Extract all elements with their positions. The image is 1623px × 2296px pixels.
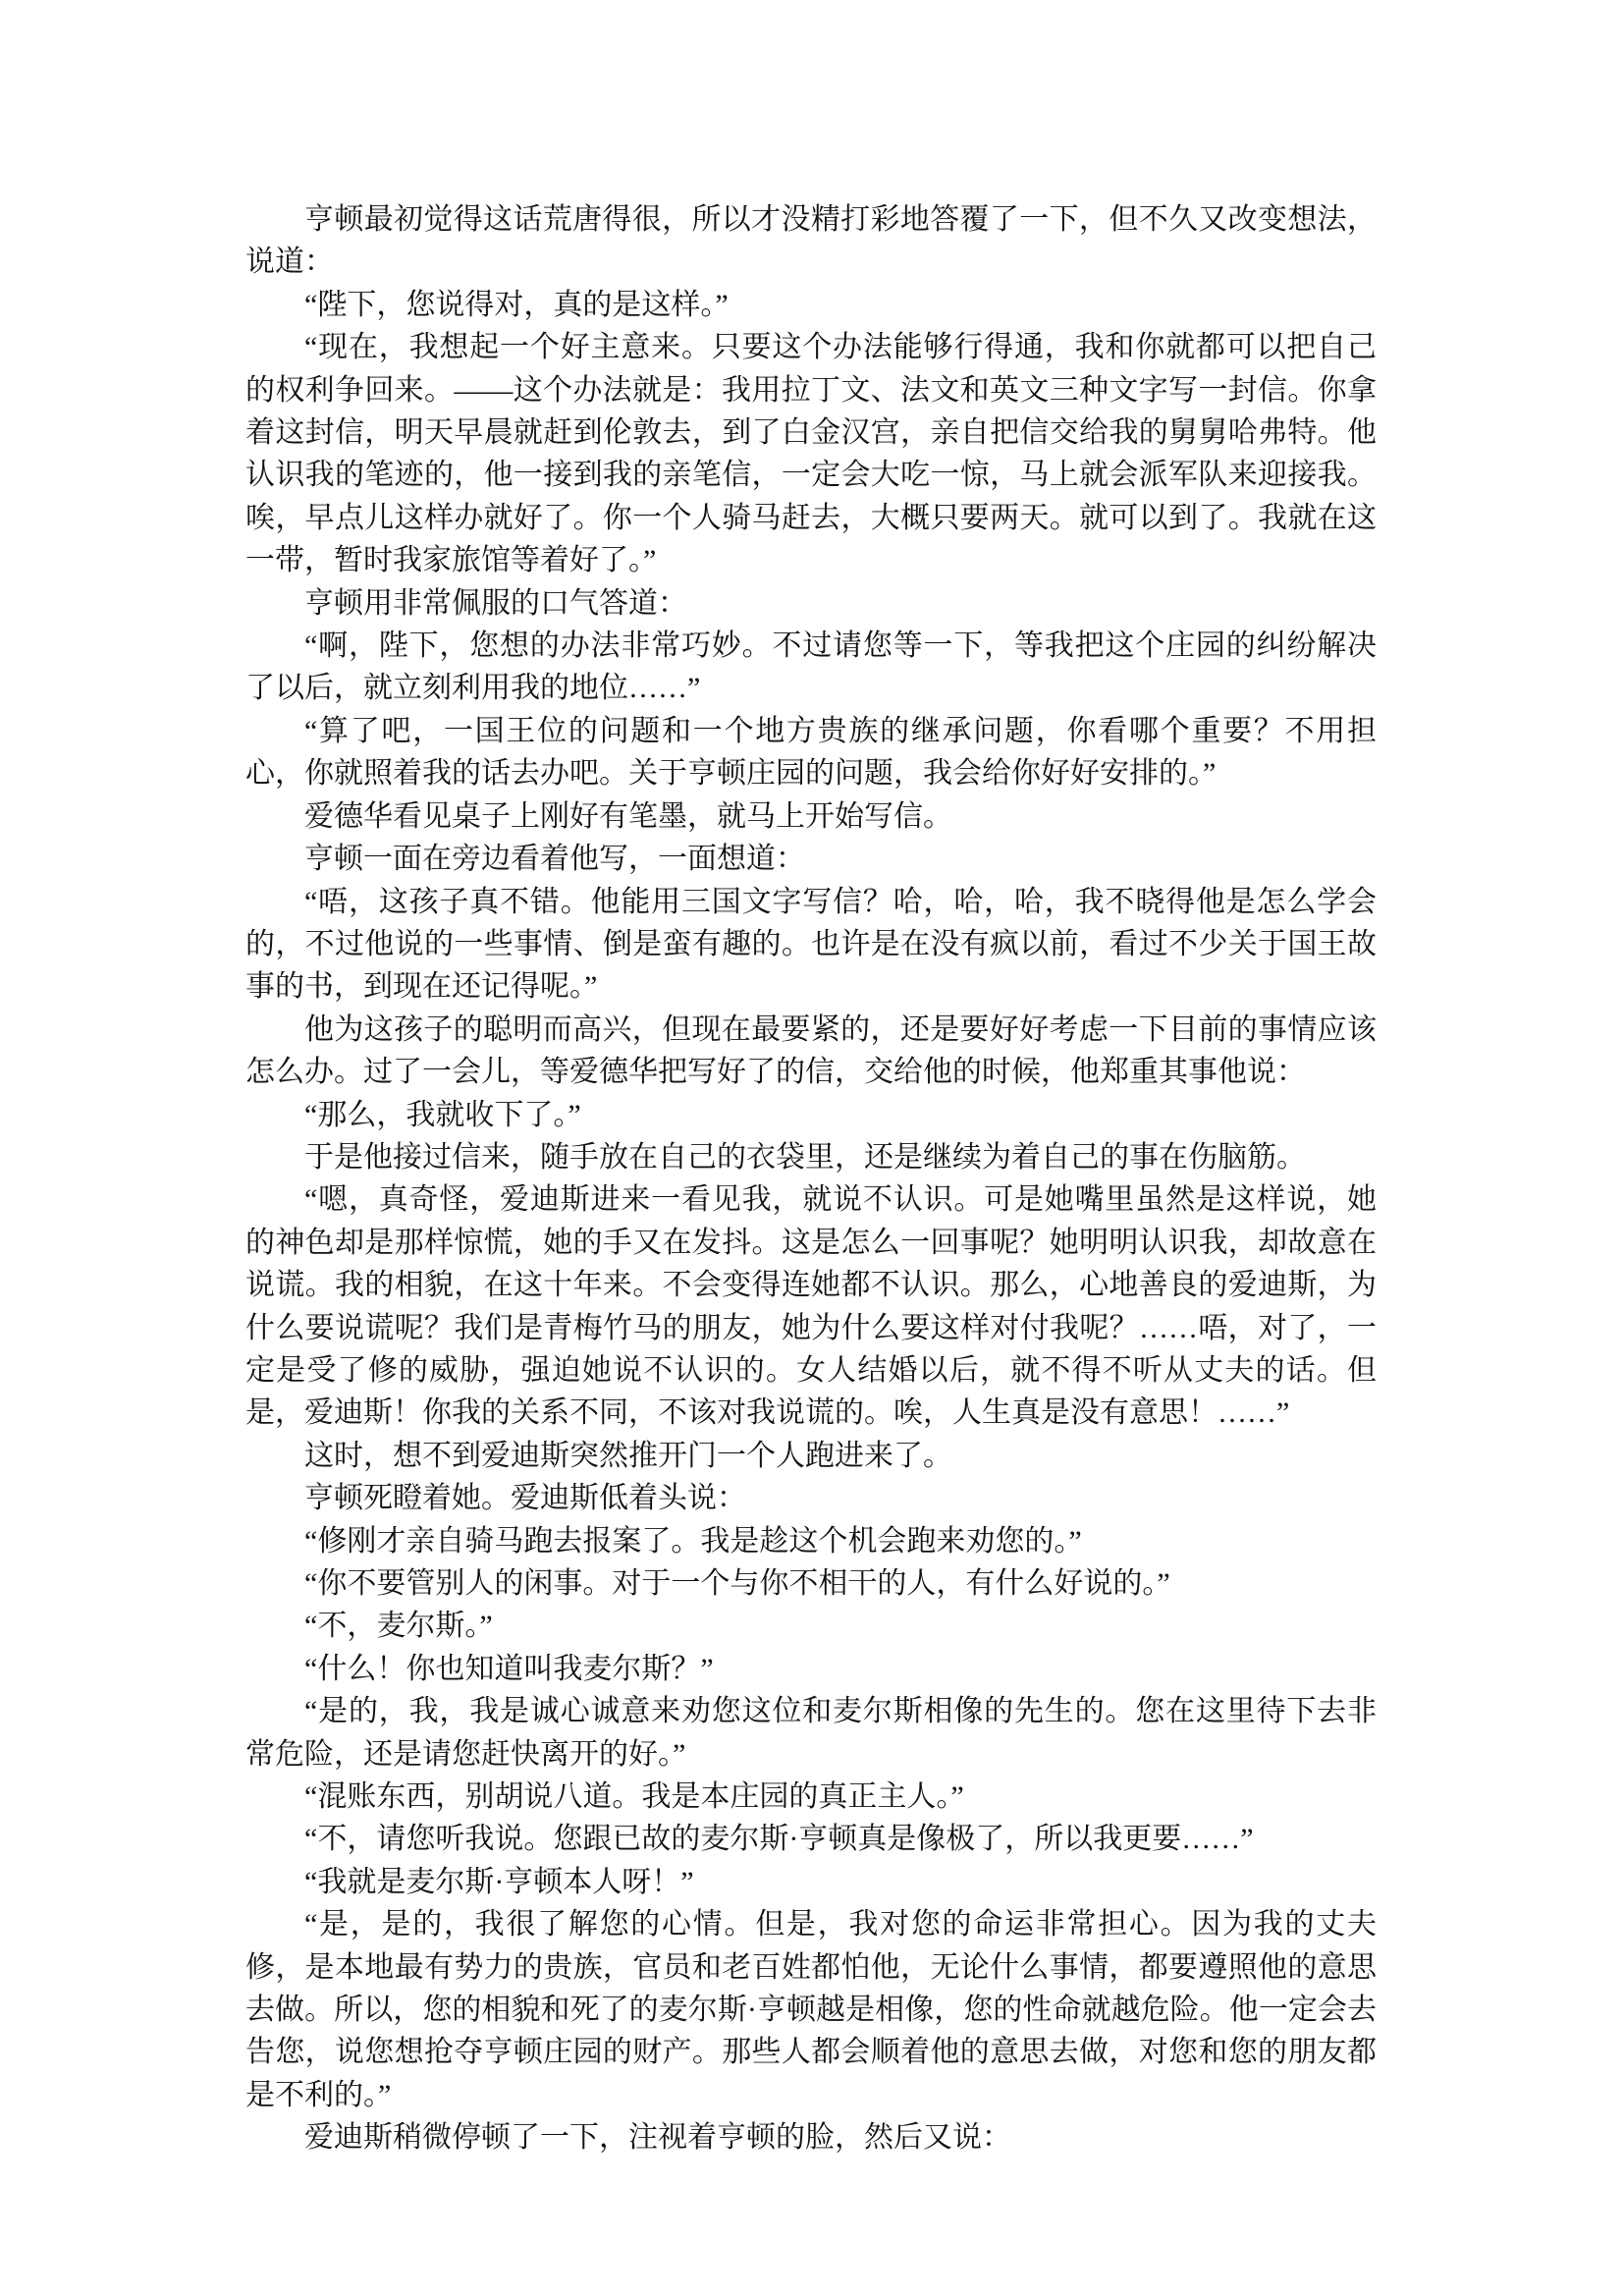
paragraph: “混账东西，别胡说八道。我是本庄园的真正主人。” — [245, 1776, 1377, 1818]
body-text: 亨顿最初觉得这话荒唐得很，所以才没精打彩地答覆了一下，但不久又改变想法，说道：“… — [245, 198, 1377, 2159]
paragraph: “不，麦尔斯。” — [245, 1605, 1377, 1647]
document-page: 亨顿最初觉得这话荒唐得很，所以才没精打彩地答覆了一下，但不久又改变想法，说道：“… — [0, 0, 1623, 2296]
paragraph: “那么，我就收下了。” — [245, 1094, 1377, 1136]
paragraph: “是的，我，我是诚心诚意来劝您这位和麦尔斯相像的先生的。您在这里待下去非常危险，… — [245, 1690, 1377, 1776]
paragraph: 亨顿最初觉得这话荒唐得很，所以才没精打彩地答覆了一下，但不久又改变想法，说道： — [245, 198, 1377, 284]
paragraph: 这时，想不到爱迪斯突然推开门一个人跑进来了。 — [245, 1435, 1377, 1477]
paragraph: “修刚才亲自骑马跑去报案了。我是趁这个机会跑来劝您的。” — [245, 1520, 1377, 1562]
paragraph: “是，是的，我很了解您的心情。但是，我对您的命运非常担心。因为我的丈夫修，是本地… — [245, 1903, 1377, 2116]
paragraph: 亨顿一面在旁边看着他写，一面想道： — [245, 838, 1377, 880]
paragraph: “陛下，您说得对，真的是这样。” — [245, 284, 1377, 326]
paragraph: 他为这孩子的聪明而高兴，但现在最要紧的，还是要好好考虑一下目前的事情应该怎么办。… — [245, 1009, 1377, 1094]
paragraph: “你不要管别人的闲事。对于一个与你不相干的人，有什么好说的。” — [245, 1562, 1377, 1605]
paragraph: “啊，陛下，您想的办法非常巧妙。不过请您等一下，等我把这个庄园的纠纷解决了以后，… — [245, 625, 1377, 710]
paragraph: “嗯，真奇怪，爱迪斯进来一看见我，就说不认识。可是她嘴里虽然是这样说，她的神色却… — [245, 1178, 1377, 1434]
paragraph: “什么！你也知道叫我麦尔斯？” — [245, 1648, 1377, 1690]
paragraph: “我就是麦尔斯·亨顿本人呀！” — [245, 1861, 1377, 1903]
paragraph: 爱德华看见桌子上刚好有笔墨，就马上开始写信。 — [245, 795, 1377, 838]
paragraph: 爱迪斯稍微停顿了一下，注视着亨顿的脸，然后又说： — [245, 2116, 1377, 2159]
paragraph: “算了吧，一国王位的问题和一个地方贵族的继承问题，你看哪个重要？不用担心，你就照… — [245, 710, 1377, 795]
paragraph: “现在，我想起一个好主意来。只要这个办法能够行得通，我和你就都可以把自己的权利争… — [245, 326, 1377, 581]
paragraph: 于是他接过信来，随手放在自己的衣袋里，还是继续为着自己的事在伤脑筋。 — [245, 1136, 1377, 1178]
paragraph: “唔，这孩子真不错。他能用三国文字写信？哈，哈，哈，我不晓得他是怎么学会的，不过… — [245, 881, 1377, 1009]
paragraph: 亨顿用非常佩服的口气答道： — [245, 582, 1377, 625]
paragraph: 亨顿死瞪着她。爱迪斯低着头说： — [245, 1477, 1377, 1519]
paragraph: “不，请您听我说。您跟已故的麦尔斯·亨顿真是像极了，所以我更要……” — [245, 1818, 1377, 1860]
